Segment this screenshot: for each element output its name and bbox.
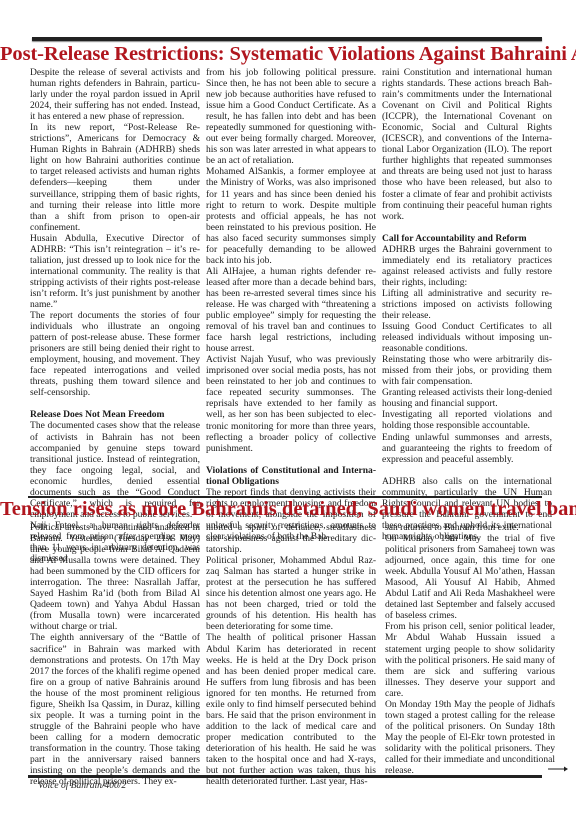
article1-column-3: raini Constitution and international hum… bbox=[382, 67, 552, 542]
article2-column-2: hibited a spirit of defiance, steadfastn… bbox=[206, 522, 376, 787]
article2-headline: Tension rises as more Bahrainis detained… bbox=[0, 498, 576, 521]
paragraph: ADHRB urges the Bahraini government to i… bbox=[382, 244, 552, 288]
article1-column-1: Despite the release of several activists… bbox=[30, 67, 200, 564]
list-item: Investigating all reported violations an… bbox=[382, 409, 552, 431]
subheading: Violations of Constitutional and Interna… bbox=[206, 465, 376, 487]
paragraph: Mohamed AlSankis, a former employee at t… bbox=[206, 166, 376, 265]
paragraph: hibited a spirit of defiance, steadfastn… bbox=[206, 522, 376, 555]
article1-column-2: from his job following political pressur… bbox=[206, 67, 376, 542]
paragraph: Activist Najah Yusuf, who was previously… bbox=[206, 354, 376, 453]
list-item: Ending unlawful summonses and arrests, a… bbox=[382, 432, 552, 465]
article1-headline: Post-Release Restrictions: Systematic Vi… bbox=[0, 43, 576, 66]
paragraph: Husain Abdulla, Executive Director of AD… bbox=[30, 233, 200, 310]
paragraph: The report documents the stories of four… bbox=[30, 310, 200, 398]
paragraph: On Monday 19th May the trial of five pol… bbox=[385, 533, 555, 621]
paragraph: On Monday 19th May the people of Ji­dhaf… bbox=[385, 699, 555, 776]
subheading: Release Does Not Mean Freedom bbox=[30, 409, 200, 420]
paragraph: Political prisoner, Mohammed Abdul Raz­z… bbox=[206, 555, 376, 632]
page-footer: Voice of Bahrain/400/2 bbox=[38, 781, 126, 791]
paragraph: From his prison cell, senior political l… bbox=[385, 621, 555, 698]
list-item: Granting released activists their long-d… bbox=[382, 387, 552, 409]
paragraph: The eighth anniversary of the “Battle of… bbox=[30, 632, 200, 787]
list-item: Issuing Good Conduct Certificates to all… bbox=[382, 321, 552, 354]
paragraph: from his job following political pressur… bbox=[206, 67, 376, 166]
paragraph: raini Constitution and international hum… bbox=[382, 67, 552, 222]
list-item: Reinstating those who were arbitrarily d… bbox=[382, 354, 552, 387]
paragraph: Political arrests have continued unabate… bbox=[30, 522, 200, 632]
paragraph: Despite the release of several activists… bbox=[30, 67, 200, 122]
top-rule bbox=[32, 37, 542, 41]
bottom-rule bbox=[28, 775, 542, 778]
article2-column-3: san returned to Bahrain from exile. On M… bbox=[385, 522, 555, 776]
arrow-right-icon bbox=[548, 765, 568, 773]
list-item: Lifting all administrative and security … bbox=[382, 288, 552, 321]
paragraph: The health of political prisoner Hassan … bbox=[206, 632, 376, 787]
paragraph: Ali AlHajee, a human rights defender re­… bbox=[206, 266, 376, 354]
article2-column-1: Political arrests have continued unabate… bbox=[30, 522, 200, 787]
paragraph: In its new report, “Post-Release Re­stri… bbox=[30, 122, 200, 232]
subheading: Call for Accountability and Reform bbox=[382, 233, 552, 244]
paragraph: san returned to Bahrain from exile. bbox=[385, 522, 555, 533]
